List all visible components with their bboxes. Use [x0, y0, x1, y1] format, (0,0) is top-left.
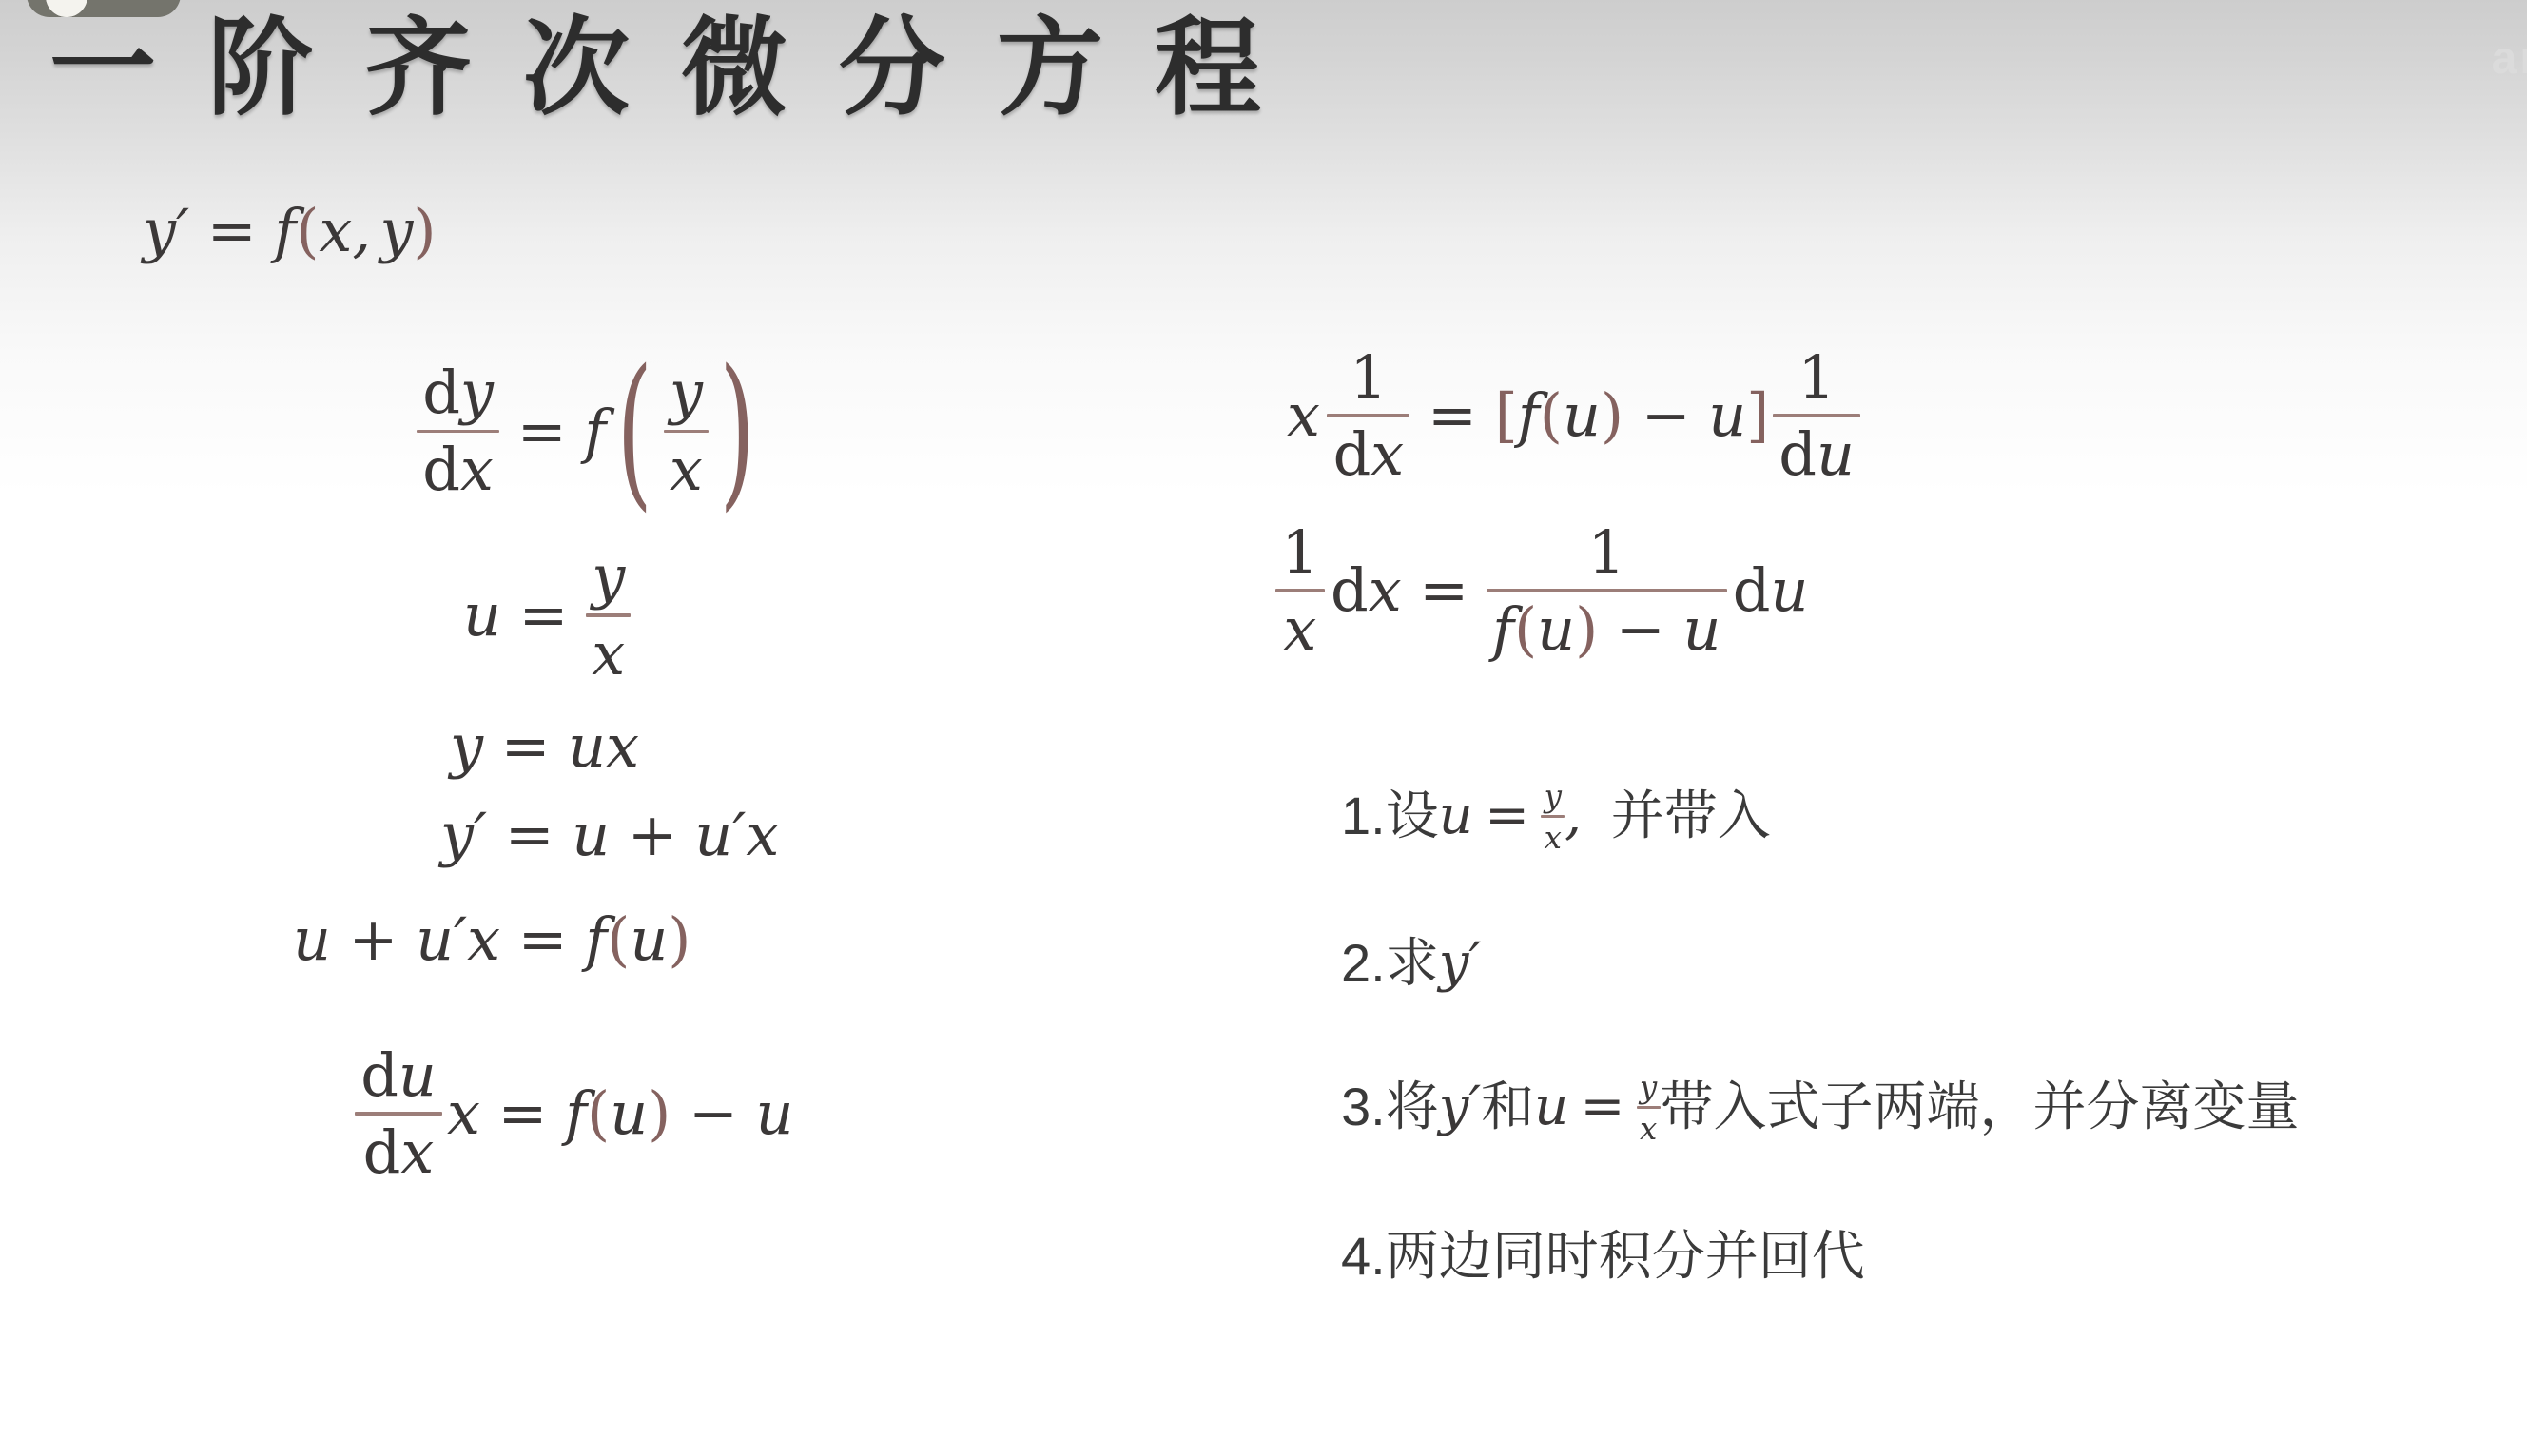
- equation-separation-2: 1xdx=1f(u)−udu: [1275, 521, 1808, 660]
- equation-separation-1: x1dx=[f(u)−u]1du: [1287, 346, 1860, 485]
- step-4: 4.两边同时积分并回代: [1341, 1229, 1865, 1285]
- watermark: ar: [2492, 32, 2527, 85]
- equation-y-prime-fxy: y′=f(x,y): [143, 200, 437, 262]
- step-3: 3.将y′和u=yx带入式子两端，并分离变量: [1341, 1071, 2300, 1145]
- equation-u-definition: u=yx: [463, 546, 631, 685]
- step-2: 2.求y′: [1341, 936, 1481, 992]
- equation-dy-dx: dydx=f(yx): [417, 354, 767, 509]
- step-1: 1.设u=yx,并带入: [1341, 780, 1771, 854]
- equation-du-dx-x: dudxx=f(u)−u: [355, 1044, 793, 1183]
- equation-substituted: u+u′x=f(u): [293, 908, 691, 970]
- equation-y-equals-ux: y=ux: [450, 715, 639, 777]
- page-title: 一阶齐次微分方程: [49, 2, 1312, 135]
- equation-y-prime-expansion: y′=u+u′x: [440, 804, 779, 865]
- slide-canvas: ar 一阶齐次微分方程 y′=f(x,y) dydx=f(yx) u=yx y=…: [0, 0, 2527, 1456]
